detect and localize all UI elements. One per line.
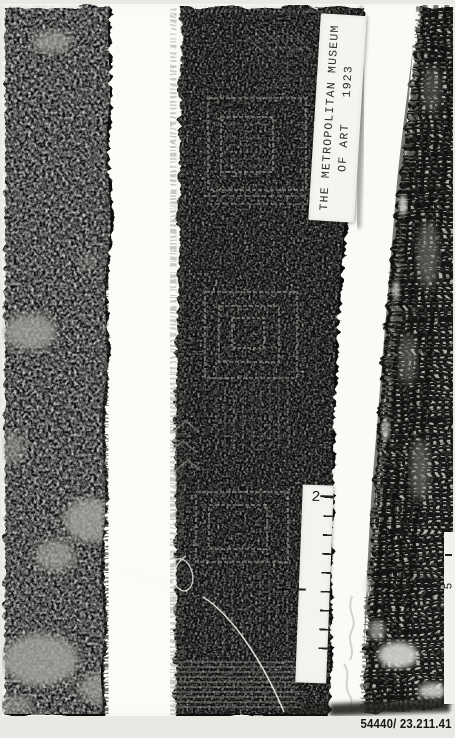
catalog-number: 54440/ 23.211.41 [361, 716, 452, 731]
textile-photograph [0, 0, 455, 738]
museum-label-year: 1923 [340, 65, 355, 98]
museum-label-line2: OF ART 1923 [336, 65, 356, 173]
edge-scale: 5 [444, 532, 455, 704]
ruler-half-tick [299, 588, 306, 590]
photo-scan: THE METROPOLITAN MUSEUM OF ART 1923 2 5 … [0, 0, 455, 738]
edge-scale-tick [445, 554, 452, 556]
edge-scale-number: 5 [444, 581, 455, 592]
museum-label-of-art: OF ART [336, 123, 352, 172]
ruler-number: 2 [311, 489, 321, 506]
